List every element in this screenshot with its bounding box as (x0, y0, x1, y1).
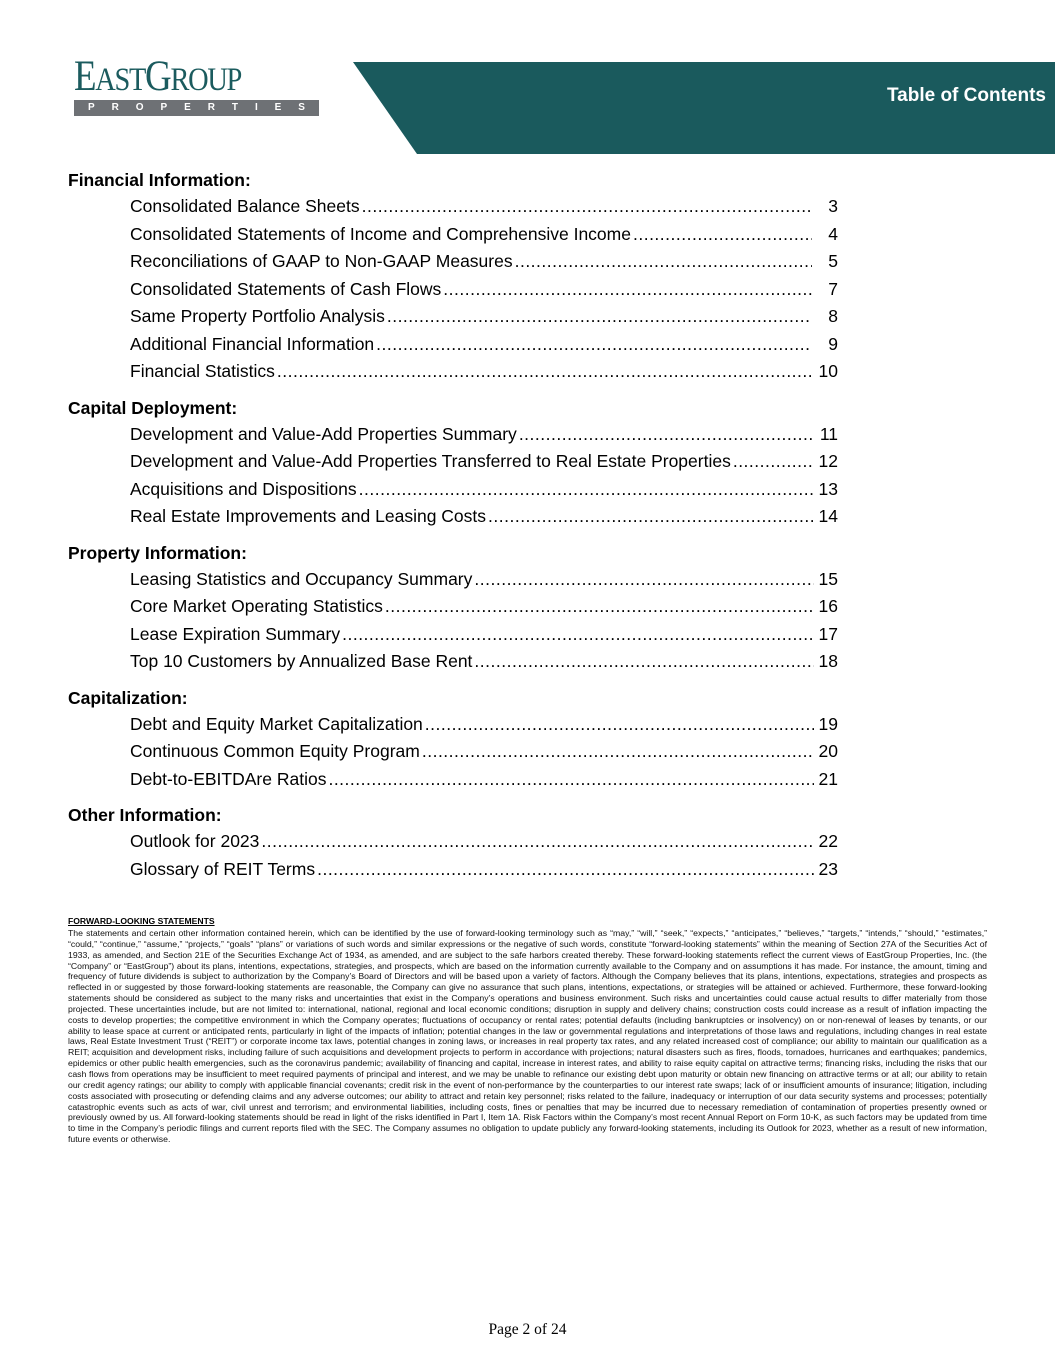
toc-section: Financial Information:Consolidated Balan… (68, 167, 838, 386)
toc-entry-link[interactable]: Reconciliations of GAAP to Non-GAAP Meas… (130, 248, 838, 276)
toc-section-heading: Financial Information: (68, 167, 838, 193)
dot-leader (733, 448, 814, 476)
toc-entry-title: Consolidated Balance Sheets (130, 193, 360, 221)
toc-entry-title: Same Property Portfolio Analysis (130, 303, 385, 331)
toc-entry-page-number: 19 (816, 711, 838, 739)
dot-leader (488, 503, 814, 531)
header-banner (353, 62, 1055, 154)
toc-entry-title: Development and Value-Add Properties Tra… (130, 448, 731, 476)
toc-entry-page-number: 5 (814, 248, 838, 276)
toc-entry-page-number: 22 (816, 828, 838, 856)
toc-entry-title: Top 10 Customers by Annualized Base Rent (130, 648, 472, 676)
toc-entry-title: Lease Expiration Summary (130, 621, 340, 649)
dot-leader (443, 276, 812, 304)
dot-leader (277, 358, 814, 386)
toc-entry-page-number: 20 (816, 738, 838, 766)
dot-leader (387, 303, 812, 331)
toc-section: Property Information:Leasing Statistics … (68, 540, 838, 676)
toc-entry-title: Debt and Equity Market Capitalization (130, 711, 423, 739)
dot-leader (362, 193, 812, 221)
toc-entry-page-number: 14 (816, 503, 838, 531)
toc-entry-link[interactable]: Development and Value-Add Properties Sum… (130, 421, 838, 449)
toc-entry-title: Consolidated Statements of Income and Co… (130, 221, 631, 249)
toc-entry-page-number: 16 (816, 593, 838, 621)
toc-section: Other Information:Outlook for 202322Glos… (68, 802, 838, 883)
toc-entry-link[interactable]: Consolidated Statements of Cash Flows7 (130, 276, 838, 304)
toc-entry-link[interactable]: Acquisitions and Dispositions13 (130, 476, 838, 504)
toc-entry-page-number: 15 (816, 566, 838, 594)
toc-entry-link[interactable]: Glossary of REIT Terms23 (130, 856, 838, 884)
toc-section-heading: Capitalization: (68, 685, 838, 711)
toc-entry-link[interactable]: Leasing Statistics and Occupancy Summary… (130, 566, 838, 594)
toc-entry-link[interactable]: Continuous Common Equity Program20 (130, 738, 838, 766)
dot-leader (261, 828, 814, 856)
toc-entry-page-number: 21 (816, 766, 838, 794)
toc-entry-page-number: 8 (814, 303, 838, 331)
forward-looking-statements: FORWARD-LOOKING STATEMENTS The statement… (68, 916, 987, 1145)
toc-entry-link[interactable]: Real Estate Improvements and Leasing Cos… (130, 503, 838, 531)
toc-entry-title: Outlook for 2023 (130, 828, 259, 856)
toc-entry-title: Development and Value-Add Properties Sum… (130, 421, 517, 449)
dot-leader (385, 593, 814, 621)
toc-entry-page-number: 9 (814, 331, 838, 359)
toc-section: Capitalization:Debt and Equity Market Ca… (68, 685, 838, 794)
toc-entry-title: Consolidated Statements of Cash Flows (130, 276, 441, 304)
toc-entry-title: Continuous Common Equity Program (130, 738, 420, 766)
dot-leader (376, 331, 812, 359)
toc-entry-title: Reconciliations of GAAP to Non-GAAP Meas… (130, 248, 513, 276)
dot-leader (317, 856, 814, 884)
toc-entry-page-number: 7 (814, 276, 838, 304)
toc-entry-link[interactable]: Consolidated Statements of Income and Co… (130, 221, 838, 249)
toc-section-heading: Other Information: (68, 802, 838, 828)
dot-leader (474, 566, 814, 594)
dot-leader (422, 738, 814, 766)
toc-section-heading: Capital Deployment: (68, 395, 838, 421)
company-logo: EASTGROUP P R O P E R T I E S (74, 56, 322, 116)
toc-section-heading: Property Information: (68, 540, 838, 566)
toc-entry-page-number: 10 (816, 358, 838, 386)
dot-leader (515, 248, 812, 276)
toc-entry-title: Real Estate Improvements and Leasing Cos… (130, 503, 486, 531)
toc-entry-link[interactable]: Debt-to-EBITDAre Ratios21 (130, 766, 838, 794)
toc-entry-page-number: 18 (816, 648, 838, 676)
toc-entry-page-number: 3 (814, 193, 838, 221)
toc-entry-link[interactable]: Consolidated Balance Sheets3 (130, 193, 838, 221)
toc-entry-page-number: 11 (816, 421, 838, 449)
toc-entry-page-number: 12 (816, 448, 838, 476)
dot-leader (519, 421, 814, 449)
table-of-contents: Financial Information:Consolidated Balan… (68, 167, 838, 883)
forward-looking-body: The statements and certain other informa… (68, 928, 987, 1145)
logo-subtitle-bar: P R O P E R T I E S (74, 100, 319, 116)
toc-entry-link[interactable]: Same Property Portfolio Analysis8 (130, 303, 838, 331)
toc-entry-link[interactable]: Financial Statistics10 (130, 358, 838, 386)
toc-entry-page-number: 17 (816, 621, 838, 649)
toc-entry-title: Financial Statistics (130, 358, 275, 386)
toc-section: Capital Deployment:Development and Value… (68, 395, 838, 531)
toc-entry-title: Leasing Statistics and Occupancy Summary (130, 566, 472, 594)
toc-entry-link[interactable]: Core Market Operating Statistics16 (130, 593, 838, 621)
toc-entry-page-number: 13 (816, 476, 838, 504)
toc-entry-link[interactable]: Additional Financial Information9 (130, 331, 838, 359)
toc-entry-title: Acquisitions and Dispositions (130, 476, 357, 504)
dot-leader (425, 711, 814, 739)
toc-entry-title: Core Market Operating Statistics (130, 593, 383, 621)
page-number: Page 2 of 24 (0, 1320, 1055, 1340)
toc-entry-link[interactable]: Debt and Equity Market Capitalization19 (130, 711, 838, 739)
dot-leader (359, 476, 814, 504)
toc-entry-title: Glossary of REIT Terms (130, 856, 315, 884)
page-title: Table of Contents (887, 85, 1046, 107)
toc-entry-page-number: 4 (814, 221, 838, 249)
forward-looking-heading: FORWARD-LOOKING STATEMENTS (68, 916, 987, 927)
toc-entry-link[interactable]: Lease Expiration Summary17 (130, 621, 838, 649)
toc-entry-title: Additional Financial Information (130, 331, 374, 359)
logo-wordmark: EASTGROUP (74, 56, 287, 98)
toc-entry-page-number: 23 (816, 856, 838, 884)
toc-entry-link[interactable]: Outlook for 202322 (130, 828, 838, 856)
dot-leader (328, 766, 814, 794)
dot-leader (342, 621, 814, 649)
dot-leader (474, 648, 814, 676)
toc-entry-title: Debt-to-EBITDAre Ratios (130, 766, 326, 794)
dot-leader (633, 221, 812, 249)
toc-entry-link[interactable]: Top 10 Customers by Annualized Base Rent… (130, 648, 838, 676)
toc-entry-link[interactable]: Development and Value-Add Properties Tra… (130, 448, 838, 476)
